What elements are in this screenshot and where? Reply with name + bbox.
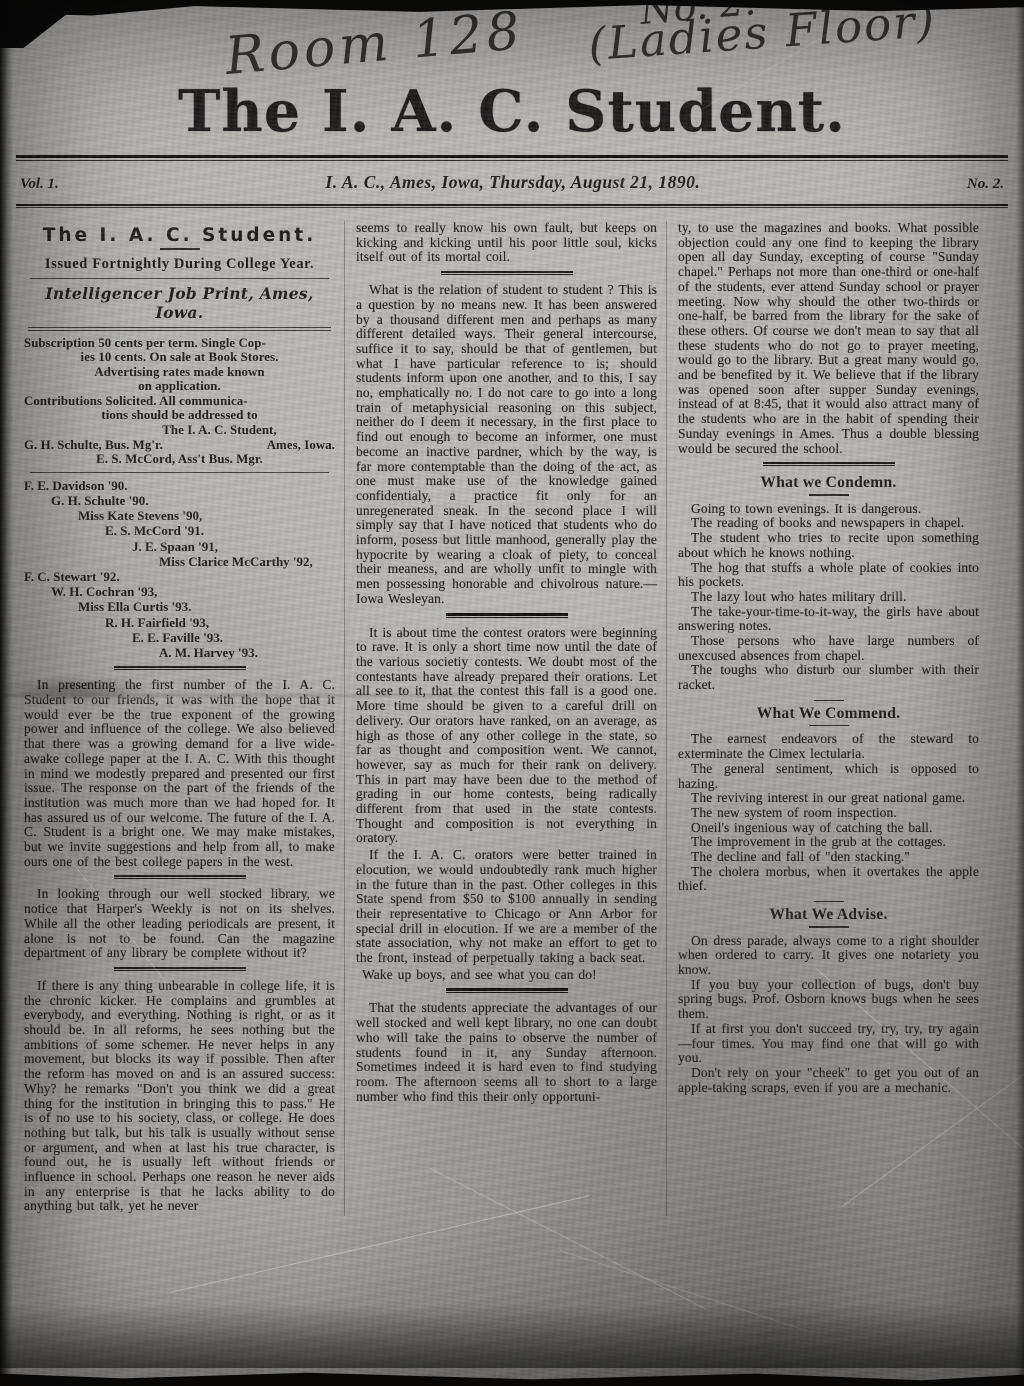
section-divider	[114, 967, 246, 972]
printer-line: Intelligencer Job Print, Ames, Iowa.	[24, 284, 335, 322]
article-paragraph: seems to really know his own fault, but …	[356, 221, 657, 265]
page-edge-bottom	[0, 1367, 1024, 1386]
manager-city: Ames, Iowa.	[267, 438, 335, 453]
divider-rule	[30, 472, 329, 473]
title-rule	[160, 248, 200, 250]
list-item: The general sentiment, which is opposed …	[678, 762, 979, 791]
article-columns: The I. A. C. Student. Issued Fortnightly…	[0, 209, 1024, 1216]
section-divider	[446, 988, 568, 994]
subscription-block: Subscription 50 cents per term. Single C…	[24, 336, 335, 467]
heading-rule	[814, 901, 844, 902]
article-paragraph: In looking through our well stocked libr…	[24, 887, 335, 961]
page-shadow-bottom	[0, 1304, 1024, 1368]
editor-name: R. H. Fairfield '93,	[24, 615, 335, 630]
list-item: The improvement in the grub at the cotta…	[678, 835, 979, 850]
masthead-title: The I. A. C. Student.	[30, 78, 994, 145]
editor-name: Miss Ella Curtis '93.	[24, 599, 335, 614]
column-3: ty, to use the magazines and books. What…	[666, 221, 988, 1216]
section-divider	[114, 666, 246, 671]
editor-name: E. S. McCord '91.	[24, 523, 335, 538]
volume-label: Vol. 1.	[20, 176, 59, 193]
editor-name: A. M. Harvey '93.	[24, 645, 335, 660]
list-item: Going to town evenings. It is dangerous.	[678, 502, 979, 517]
newspaper-page: No. 2. Room 128 (Ladies Floor) The I. A.…	[0, 0, 1024, 1386]
subscription-line: on application.	[24, 379, 335, 394]
column-1: The I. A. C. Student. Issued Fortnightly…	[22, 221, 344, 1216]
address-line: The I. A. C. Student,	[24, 423, 335, 438]
heading-rule	[814, 700, 844, 701]
article-paragraph: What is the relation of student to stude…	[356, 283, 657, 606]
section-divider	[114, 875, 246, 880]
article-paragraph: If the I. A. C. orators were better trai…	[356, 848, 657, 966]
editor-name: J. E. Spaan '91,	[24, 539, 335, 554]
page-edge-left	[0, 0, 13, 1386]
list-item: The reviving interest in our great natio…	[678, 791, 979, 806]
subscription-line: Contributions Solicited. All communica-	[24, 394, 335, 409]
editor-name: F. E. Davidson '90.	[24, 478, 335, 493]
article-paragraph: That the students appreciate the advanta…	[356, 1001, 657, 1104]
editor-list: F. E. Davidson '90. G. H. Schulte '90. M…	[24, 478, 335, 660]
article-paragraph: It is about time the contest orators wer…	[356, 626, 657, 847]
list-item: The lazy lout who hates military drill.	[678, 590, 979, 605]
editor-name: Miss Clarice McCarthy '92,	[24, 554, 335, 569]
editor-name: E. E. Faville '93.	[24, 630, 335, 645]
section-divider	[446, 613, 568, 619]
subscription-line: Advertising rates made known	[24, 365, 335, 380]
list-item: The toughs who disturb our slumber with …	[678, 663, 979, 692]
handwritten-room-number: Room 128	[223, 1, 526, 87]
heading-rule	[809, 926, 849, 928]
issue-number-label: No. 2.	[967, 176, 1004, 193]
assistant-manager-line: E. S. McCord, Ass't Bus. Mgr.	[24, 452, 335, 467]
heading-rule	[809, 494, 849, 496]
list-item: The hog that stuffs a whole plate of coo…	[678, 561, 979, 590]
article-paragraph: If there is any thing unbearable in coll…	[24, 979, 335, 1214]
divider-rule	[30, 278, 329, 279]
list-item: Oneil's ingenious way of catching the ba…	[678, 821, 979, 836]
subscription-line: Subscription 50 cents per term. Single C…	[24, 336, 335, 351]
masthead-rule-top	[16, 155, 1008, 163]
article-paragraph: ty, to use the magazines and books. What…	[678, 221, 979, 456]
subscription-line: tions should be addressed to	[24, 408, 335, 423]
article-paragraph: In presenting the first number of the I.…	[24, 678, 335, 869]
issued-line: Issued Fortnightly During College Year.	[24, 256, 335, 273]
section-divider	[763, 462, 895, 467]
section-heading-advise: What We Advise.	[678, 906, 979, 924]
editor-name: F. C. Stewart '92.	[24, 569, 335, 584]
list-item: The new system of room inspection.	[678, 806, 979, 821]
heading-rule	[809, 725, 849, 727]
subscription-line: ies 10 cents. On sale at Book Stores.	[24, 350, 335, 365]
editor-name: G. H. Schulte '90.	[24, 493, 335, 508]
list-item: The reading of books and newspapers in c…	[678, 516, 979, 531]
manager-line: G. H. Schulte, Bus. Mg'r. Ames, Iowa.	[24, 438, 335, 453]
list-item: The take-your-time-to-it-way, the girls …	[678, 605, 979, 634]
scratch-mark	[560, 1250, 808, 1331]
paper-name-heading: The I. A. C. Student.	[24, 225, 335, 246]
dateline-row: Vol. 1. I. A. C., Ames, Iowa, Thursday, …	[0, 163, 1024, 200]
page-edge-right	[1016, 0, 1024, 1386]
editor-name: Miss Kate Stevens '90,	[24, 508, 335, 523]
list-item: Those persons who have large numbers of …	[678, 634, 979, 663]
article-paragraph: Wake up boys, and see what you can do!	[356, 968, 657, 983]
section-heading-commend: What We Commend.	[678, 705, 979, 723]
list-item: Don't rely on your "cheek" to get you ou…	[678, 1066, 979, 1095]
list-item: On dress parade, always come to a right …	[678, 934, 979, 978]
list-item: The earnest endeavors of the steward to …	[678, 732, 979, 761]
section-heading-condemn: What we Condemn.	[678, 474, 979, 492]
list-item: The decline and fall of "den stacking."	[678, 850, 979, 865]
list-item: If at first you don't succeed try, try, …	[678, 1022, 979, 1066]
editor-name: W. H. Cochran '93,	[24, 584, 335, 599]
manager-name: G. H. Schulte, Bus. Mg'r.	[24, 438, 163, 453]
section-divider	[441, 271, 573, 276]
dateline-text: I. A. C., Ames, Iowa, Thursday, August 2…	[325, 172, 700, 193]
divider-rule	[28, 327, 331, 331]
column-2: seems to really know his own fault, but …	[344, 221, 666, 1216]
list-item: The cholera morbus, when it overtakes th…	[678, 865, 979, 894]
list-item: The student who tries to recite upon som…	[678, 531, 979, 560]
list-item: If you buy your collection of bugs, don'…	[678, 978, 979, 1022]
